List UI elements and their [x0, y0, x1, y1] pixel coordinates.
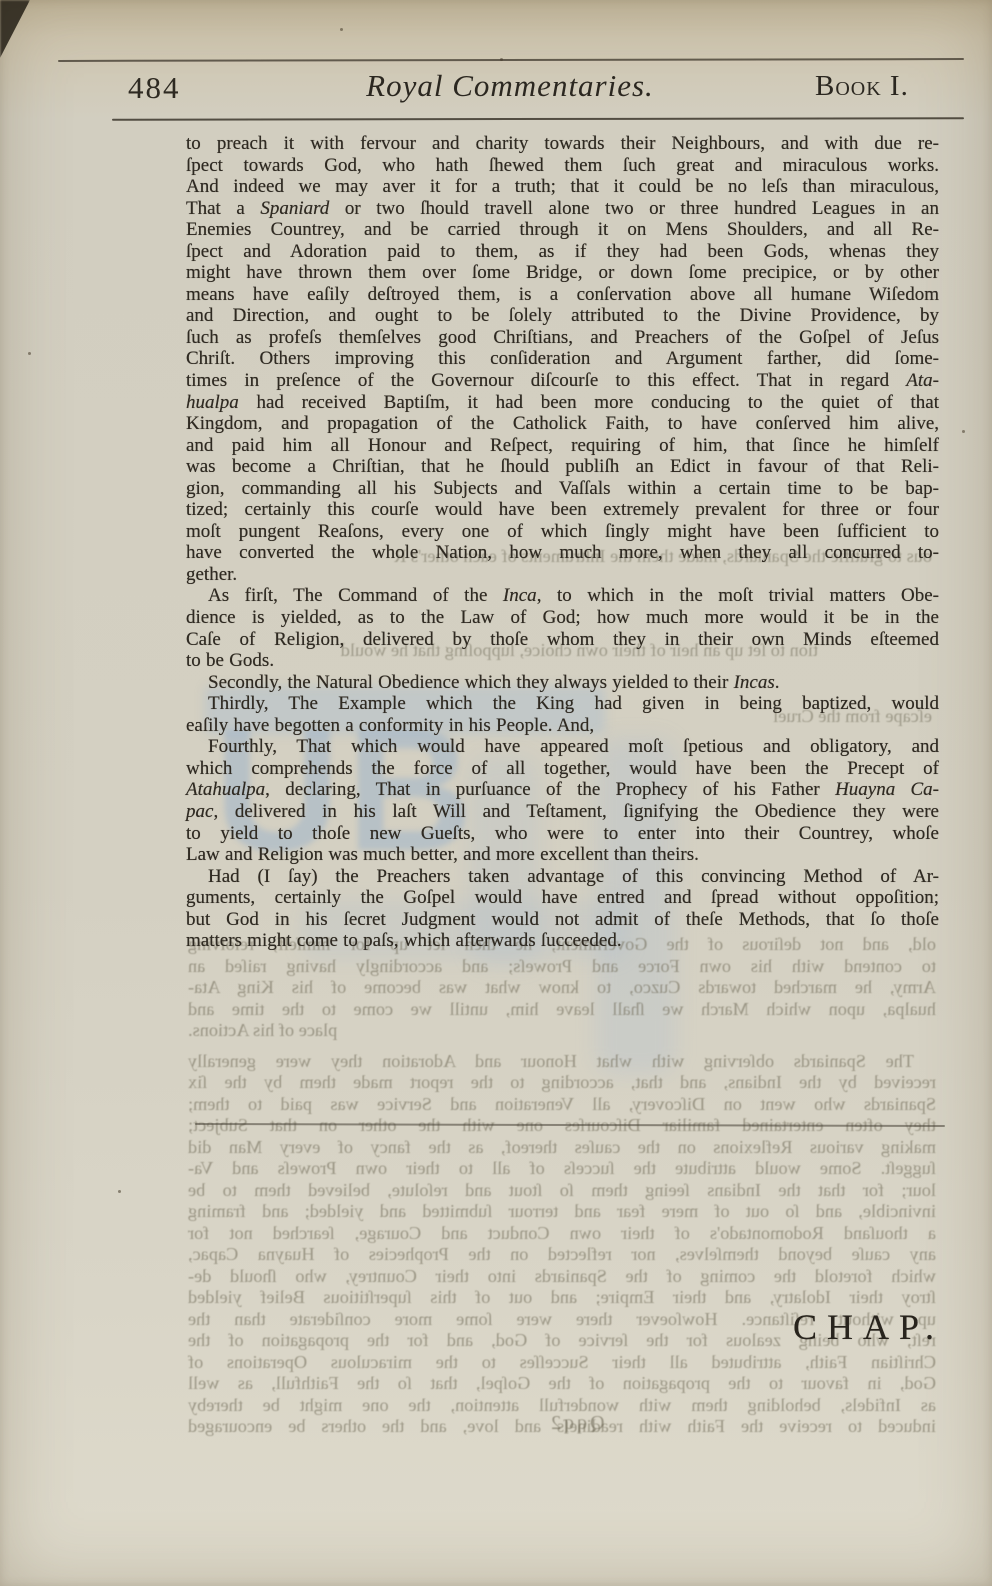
bleedthrough-line: lour; for that the Indians ſeeing them ſ…	[188, 1180, 936, 1202]
text-line: have converted the whole Nation, how muc…	[186, 542, 939, 564]
text-line: Thirdly, The Example which the King had …	[186, 693, 939, 715]
text-line: moſt pungent Reaſons, every one of which…	[186, 521, 939, 543]
paper-speck	[28, 352, 31, 355]
bleedthrough-line: Army, he marched towards Cuzco, to know …	[188, 977, 936, 999]
text-line: ſuch as profeſs themſelves good Chriſtia…	[186, 327, 939, 349]
text-line: which comprehends the force of all toget…	[186, 758, 939, 780]
bleedthrough-line: making various Reflexions on the cauſes …	[188, 1137, 936, 1159]
bleedthrough-line: The Spaniards obſerving with what Honour…	[188, 1051, 936, 1073]
text-line: Caſe of Religion, delivered by thoſe who…	[186, 629, 939, 651]
text-line: might have thrown them over ſome Bridge,…	[186, 262, 939, 284]
bleedthrough-line: Spaniards who went on Diſcovery, all Ven…	[188, 1094, 936, 1116]
text-line: And indeed we may aver it for a truth; t…	[186, 176, 939, 198]
bleedthrough-line: a thouſand Rodomontado's of their own Co…	[188, 1223, 936, 1245]
bleedthrough-line: God, in favour to the propagation of the…	[188, 1373, 936, 1395]
text-line: guments, certainly the Goſpel would have…	[186, 887, 939, 909]
paper-speck	[962, 430, 965, 433]
text-line: to yield to thoſe new Gueſts, who were t…	[186, 823, 939, 845]
bleedthrough-line: invincible, and ſo out of mere fear and …	[188, 1201, 936, 1223]
text-line: Secondly, the Natural Obedience which th…	[186, 672, 939, 694]
paper-speck	[500, 58, 503, 61]
text-line: tized; certainly this courſe would have …	[186, 499, 939, 521]
text-line: ſpect and Adoration paid to them, as if …	[186, 241, 939, 263]
text-line: Had (I ſay) the Preachers taken advantag…	[186, 866, 939, 888]
text-line: As firſt, The Command of the Inca, to wh…	[186, 585, 939, 607]
text-line: but God in his ſecret Judgment would not…	[186, 909, 939, 931]
text-line: Atahualpa, declaring, That in purſuance …	[186, 779, 939, 801]
text-line: ſpect towards God, who hath ſhewed them …	[186, 155, 939, 177]
text-line: That a Spaniard or two ſhould travell al…	[186, 198, 939, 220]
bleedthrough-line: place of his Actions.	[188, 1020, 936, 1042]
catchword: CHAP.	[793, 1306, 944, 1348]
bleedthrough-line: hualpa, upon which March we ſhall leave …	[188, 999, 936, 1021]
bleedthrough-line: received by the Indians, and that, accor…	[188, 1072, 936, 1094]
book-page: UB ous to gratifie the Spaniards, made t…	[0, 0, 992, 1586]
text-line: was become a Chriſtian, that he ſhould p…	[186, 456, 939, 478]
text-line: means have eaſily deſtroyed them, is a c…	[186, 284, 939, 306]
corner-shadow	[0, 0, 30, 58]
text-line: gion, commanding all his Subjects and Va…	[186, 478, 939, 500]
text-block: to preach it with fervour and charity to…	[186, 133, 939, 952]
page-number: 484	[128, 70, 181, 106]
book-label: Book I.	[815, 70, 909, 103]
text-line: Enemies Countrey, and be carried through…	[186, 219, 939, 241]
bleedthrough-line: ſuggeſt. Some would attribute the ſucceſ…	[188, 1158, 936, 1180]
bleedthrough-line: which foretold the coming of the Spaniar…	[188, 1266, 936, 1288]
text-line: and paid him all Honour and Reſpect, req…	[186, 435, 939, 457]
header-rule-top	[58, 58, 964, 62]
text-line: pac, delivered in his laſt Will and Teſt…	[186, 801, 939, 823]
bleedthrough-line: to contend with his own Force and Proweſ…	[188, 956, 936, 978]
text-line: hualpa had received Baptiſm, it had been…	[186, 392, 939, 414]
text-line: Kingdom, and propagation of the Catholic…	[186, 413, 939, 435]
text-line: to preach it with fervour and charity to…	[186, 133, 939, 155]
paper-speck	[118, 1190, 121, 1193]
text-line: to be Gods.	[186, 650, 939, 672]
bleedthrough-line: Chriſtian Faith, attributed all their Su…	[188, 1352, 936, 1374]
text-line: Chriſt. Others improving this conſiderat…	[186, 348, 939, 370]
text-line: and Direction, and ought to be ſolely at…	[186, 305, 939, 327]
text-line: Fourthly, That which would have appeared…	[186, 736, 939, 758]
bleedthrough-signature: Qqq2	[548, 1412, 604, 1435]
text-line: dience is yielded, as to the Law of God;…	[186, 607, 939, 629]
text-line: times in preſence of the Governour diſco…	[186, 370, 939, 392]
bleedthrough-line: any cauſe beyond themſelves, nor reflect…	[188, 1244, 936, 1266]
text-line: eaſily have begotten a conformity in his…	[186, 715, 939, 737]
running-title: Royal Commentaries.	[300, 68, 720, 104]
text-line: gether.	[186, 564, 939, 586]
paper-speck	[340, 28, 343, 31]
bleedthrough-text-block: old, and not deſirous of the Government,…	[188, 934, 936, 1438]
text-line: matters might come to paſs, which afterw…	[186, 930, 939, 952]
text-line: Law and Religion was much better, and mo…	[186, 844, 939, 866]
header-rule-bottom	[112, 117, 964, 120]
